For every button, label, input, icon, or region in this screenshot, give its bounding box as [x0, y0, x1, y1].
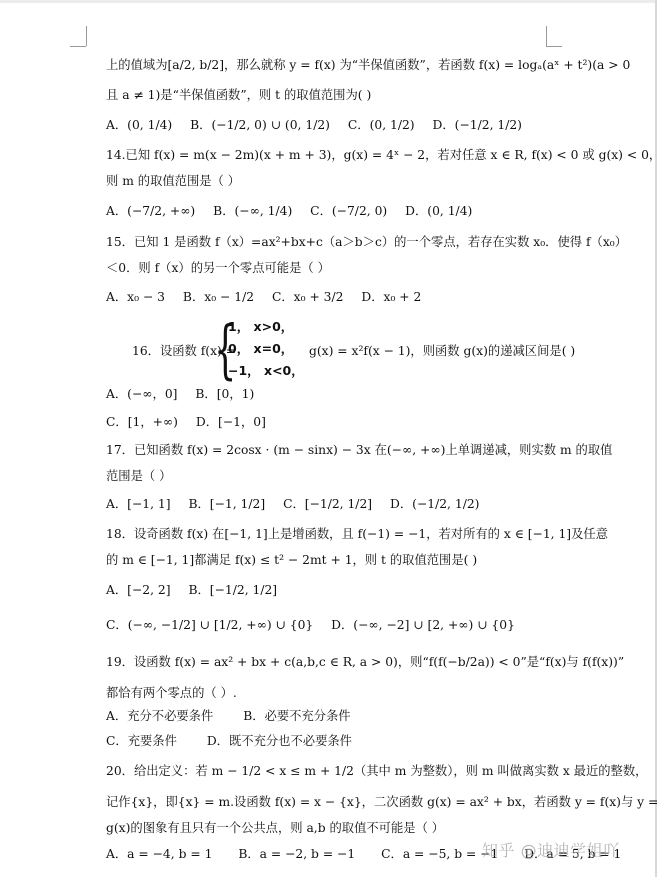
q18-option-d: D．(−∞, −2] ∪ [2, +∞) ∪ {0} — [331, 616, 515, 634]
q19-option-d: D．既不充分也不必要条件 — [207, 732, 352, 750]
q20-option-b: B．a = −2, b = −1 — [238, 845, 355, 863]
q20-line2: 记作{x}，即{x} = m.设函数 f(x) = x − {x}，二次函数 g… — [106, 793, 657, 811]
q16-options-row1: A．(−∞，0] B．[0，1) — [106, 385, 268, 403]
q20-line3: g(x)的图象有且只有一个公共点，则 a,b 的取值不可能是（ ） — [106, 819, 444, 837]
q13-option-c: C．(0, 1/2) — [348, 116, 415, 134]
q16-option-b: B．[0，1) — [195, 385, 254, 403]
q17-line2: 范围是（ ） — [106, 467, 171, 485]
q16-option-a: A．(−∞，0] — [106, 385, 177, 403]
q15-option-b: B．x₀ − 1/2 — [183, 288, 254, 306]
window-top-border — [0, 0, 657, 3]
q14-line2: 则 m 的取值范围是（ ） — [106, 172, 240, 190]
q16-option-c: C．[1，+∞) — [106, 413, 178, 431]
q15-option-d: D．x₀ + 2 — [361, 288, 421, 306]
case-negative: −1， x<0， — [228, 360, 304, 382]
q16-option-d: D．[−1，0] — [196, 413, 266, 431]
q13-option-a: A．(0, 1/4) — [106, 116, 172, 134]
q14-line1: 14.已知 f(x) = m(x − 2m)(x + m + 3)，g(x) =… — [106, 146, 657, 164]
q18-line1: 18．设奇函数 f(x) 在[−1, 1]上是增函数，且 f(−1) = −1，… — [106, 525, 608, 543]
q15-option-c: C．x₀ + 3/2 — [272, 288, 343, 306]
q13-option-b: B．(−1/2, 0) ∪ (0, 1/2) — [190, 116, 330, 134]
q18-option-c: C．(−∞, −1/2] ∪ [1/2, +∞) ∪ {0} — [106, 616, 313, 634]
q19-option-c: C．充要条件 — [106, 732, 177, 750]
q15-option-a: A．x₀ − 3 — [106, 288, 165, 306]
q15-options: A．x₀ − 3 B．x₀ − 1/2 C．x₀ + 3/2 D．x₀ + 2 — [106, 288, 435, 306]
q17-option-d: D．(−1/2, 1/2) — [390, 495, 479, 513]
q19-options-row2: C．充要条件 D．既不充分也不必要条件 — [106, 732, 366, 750]
q17-option-c: C．[−1/2, 1/2] — [283, 495, 372, 513]
q19-option-b: B．必要不充分条件 — [243, 707, 350, 725]
q19-line1: 19．设函数 f(x) = ax² + bx + c(a,b,c ∈ R, a … — [106, 653, 624, 671]
q18-option-b: B．[−1/2, 1/2] — [188, 581, 277, 599]
q14-option-a: A．(−7/2, +∞) — [106, 202, 195, 220]
q13-line1: 上的值域为[a/2, b/2]，那么就称 y = f(x) 为“半保值函数”，若… — [106, 56, 630, 74]
q15-line1: 15．已知 1 是函数 f（x）=ax²+bx+c（a＞b＞c）的一个零点，若存… — [106, 233, 627, 251]
q16-options-row2: C．[1，+∞) D．[−1，0] — [106, 413, 280, 431]
q17-option-b: B．[−1, 1/2] — [188, 495, 265, 513]
q13-option-d: D．(−1/2, 1/2) — [433, 116, 522, 134]
q18-option-a: A．[−2, 2] — [106, 581, 171, 599]
q15-line2: ＜0．则 f（x）的另一个零点可能是（ ） — [106, 259, 330, 277]
q14-option-d: D．(0, 1/4) — [405, 202, 472, 220]
q19-option-a: A．充分不必要条件 — [106, 707, 213, 725]
q16-suffix: g(x) = x²f(x − 1)，则函数 g(x)的递减区间是( ) — [309, 342, 575, 360]
q14-option-c: C．(−7/2, 0) — [310, 202, 387, 220]
q20-line1: 20．给出定义：若 m − 1/2 < x ≤ m + 1/2（其中 m 为整数… — [106, 762, 647, 780]
q20-option-c: C．a = −5, b = −1 — [381, 845, 498, 863]
q19-line2: 都恰有两个零点的（ ）. — [106, 684, 237, 702]
q14-option-b: B．(−∞, 1/4) — [213, 202, 292, 220]
piecewise-cases: 1， x>0， 0， x=0， −1， x<0， — [228, 316, 304, 382]
case-positive: 1， x>0， — [228, 316, 304, 338]
zhihu-watermark: 知乎 @迪迪学姐吖 — [482, 838, 620, 861]
case-zero: 0， x=0， — [228, 338, 304, 360]
q17-option-a: A．[−1, 1] — [106, 495, 171, 513]
q18-options-row2: C．(−∞, −1/2] ∪ [1/2, +∞) ∪ {0} D．(−∞, −2… — [106, 616, 529, 634]
q13-line2: 且 a ≠ 1)是“半保值函数”，则 t 的取值范围为( ) — [106, 86, 371, 104]
q13-options: A．(0, 1/4) B．(−1/2, 0) ∪ (0, 1/2) C．(0, … — [106, 116, 536, 134]
q17-line1: 17．已知函数 f(x) = 2cosx · (m − sinx) − 3x 在… — [106, 441, 612, 459]
q19-options-row1: A．充分不必要条件 B．必要不充分条件 — [106, 707, 365, 725]
q14-options: A．(−7/2, +∞) B．(−∞, 1/4) C．(−7/2, 0) D．(… — [106, 202, 486, 220]
q17-options: A．[−1, 1] B．[−1, 1/2] C．[−1/2, 1/2] D．(−… — [106, 495, 493, 513]
q20-option-a: A．a = −4, b = 1 — [106, 845, 212, 863]
q18-line2: 的 m ∈ [−1, 1]都满足 f(x) ≤ t² − 2mt + 1，则 t… — [106, 551, 477, 569]
q18-options-row1: A．[−2, 2] B．[−1/2, 1/2] — [106, 581, 291, 599]
